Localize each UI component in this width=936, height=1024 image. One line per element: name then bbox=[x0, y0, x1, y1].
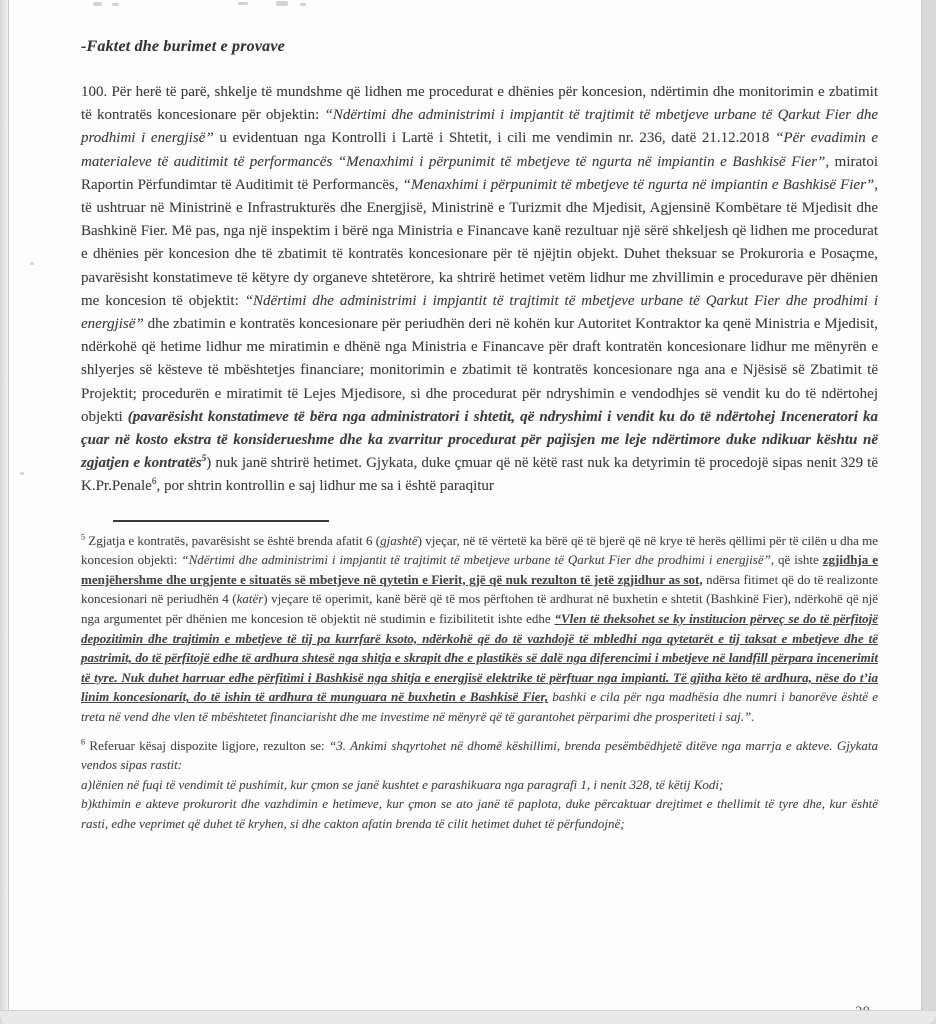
quoted-object-title: “Ndërtimi dhe administrimi i impjantit t… bbox=[181, 552, 770, 567]
paragraph-100: 100. Për herë të parë, shkelje të mundsh… bbox=[81, 81, 878, 499]
document-content: -Faktet dhe burimet e provave 100. Për h… bbox=[81, 0, 878, 834]
section-heading: -Faktet dhe burimet e provave bbox=[81, 38, 878, 56]
scan-edge-bottom bbox=[0, 1010, 936, 1024]
scan-speck bbox=[20, 472, 24, 475]
footnote-separator bbox=[113, 520, 329, 522]
scanned-document-page: -Faktet dhe burimet e provave 100. Për h… bbox=[0, 0, 936, 1024]
legal-quote-item-b: b)kthimin e akteve prokurorit dhe vazhdi… bbox=[81, 794, 878, 833]
scan-edge-right bbox=[921, 0, 936, 1024]
scan-speck bbox=[30, 262, 34, 265]
scan-edge-left bbox=[0, 0, 9, 1024]
footnote-6: 6 Referuar kësaj dispozite ligjore, rezu… bbox=[81, 736, 878, 834]
quoted-report-title: “Menaxhimi i përpunimit të mbetjeve të n… bbox=[403, 177, 875, 193]
footnote-5: 5 Zgjatja e kontratës, pavarësisht se ës… bbox=[81, 531, 878, 727]
legal-quote-item-a: a)lënien në fuqi të vendimit të pushimit… bbox=[81, 775, 878, 795]
